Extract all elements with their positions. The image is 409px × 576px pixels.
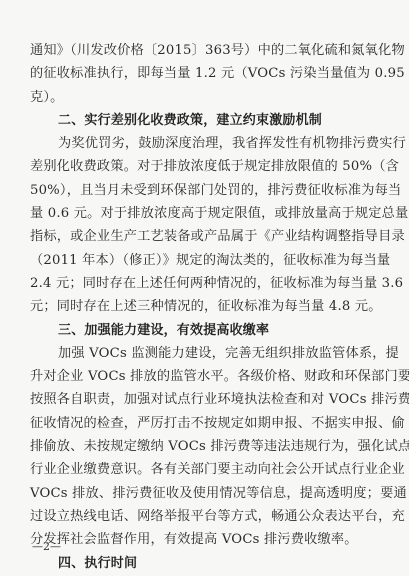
text-line: 2.4 元；同时存在上述任何两种情况的，征收标准为每当量 3.6	[30, 272, 388, 295]
text-line: （2011 年本）（修正）》规定的淘汰类的，征收标准为每当量	[30, 249, 388, 272]
text-line: VOCs 排放、排污费征收及使用情况等信息，提高透明度；要通	[30, 482, 388, 505]
text-line: 通知》（川发改价格〔2015〕363号）中的二氧化硫和氮氧化物	[30, 39, 388, 62]
text-line: 征收情况的检查，严厉打击不按规定如期申报、不据实申报、偷	[30, 412, 388, 435]
page-number: —2—	[32, 540, 61, 553]
text-line: 过设立热线电话、网络举报平台等方式，畅通公众表达平台，充	[30, 505, 388, 528]
document-page: 通知》（川发改价格〔2015〕363号）中的二氧化硫和氮氧化物 的征收标准执行，…	[30, 39, 388, 575]
text-line: 排偷放、未按规定缴纳 VOCs 排污费等违法违规行为，强化试点	[30, 435, 388, 458]
text-line: 为奖优罚劣，鼓励深度治理，我省挥发性有机物排污费实行	[30, 132, 388, 155]
text-line: 指标，或企业生产工艺装备或产品属于《产业结构调整指导目录	[30, 225, 388, 248]
text-line: 量 0.6 元。对于排放浓度高于规定限值，或排放量高于规定总量	[30, 202, 388, 225]
text-line: 按照各自职责，加强对试点行业环境执法检查和对 VOCs 排污费	[30, 388, 388, 411]
text-line: 克）。	[30, 86, 388, 109]
text-line: 元；同时存在上述三种情况的，征收标准为每当量 4.8 元。	[30, 295, 388, 318]
text-line: 差别化收费政策。对于排放浓度低于规定排放限值的 50%（含	[30, 155, 388, 178]
text-line: 加强 VOCs 监测能力建设，完善无组织排放监管体系，提	[30, 342, 388, 365]
section-heading-2: 二、实行差别化收费政策，建立约束激励机制	[30, 109, 388, 132]
text-line: 的征收标准执行，即每当量 1.2 元（VOCs 污染当量值为 0.95 千	[30, 62, 388, 85]
section-heading-3: 三、加强能力建设，有效提高收缴率	[30, 319, 388, 342]
text-line: 50%），且当月未受到环保部门处罚的，排污费征收标准为每当	[30, 179, 388, 202]
text-line: 升对企业 VOCs 排放的监管水平。各级价格、财政和环保部门要	[30, 365, 388, 388]
section-heading-4: 四、执行时间	[30, 552, 388, 575]
text-line: 行业企业缴费意识。各有关部门要主动向社会公开试点行业企业	[30, 458, 388, 481]
text-line: 分发挥社会监督作用，有效提高 VOCs 排污费收缴率。	[30, 528, 388, 551]
